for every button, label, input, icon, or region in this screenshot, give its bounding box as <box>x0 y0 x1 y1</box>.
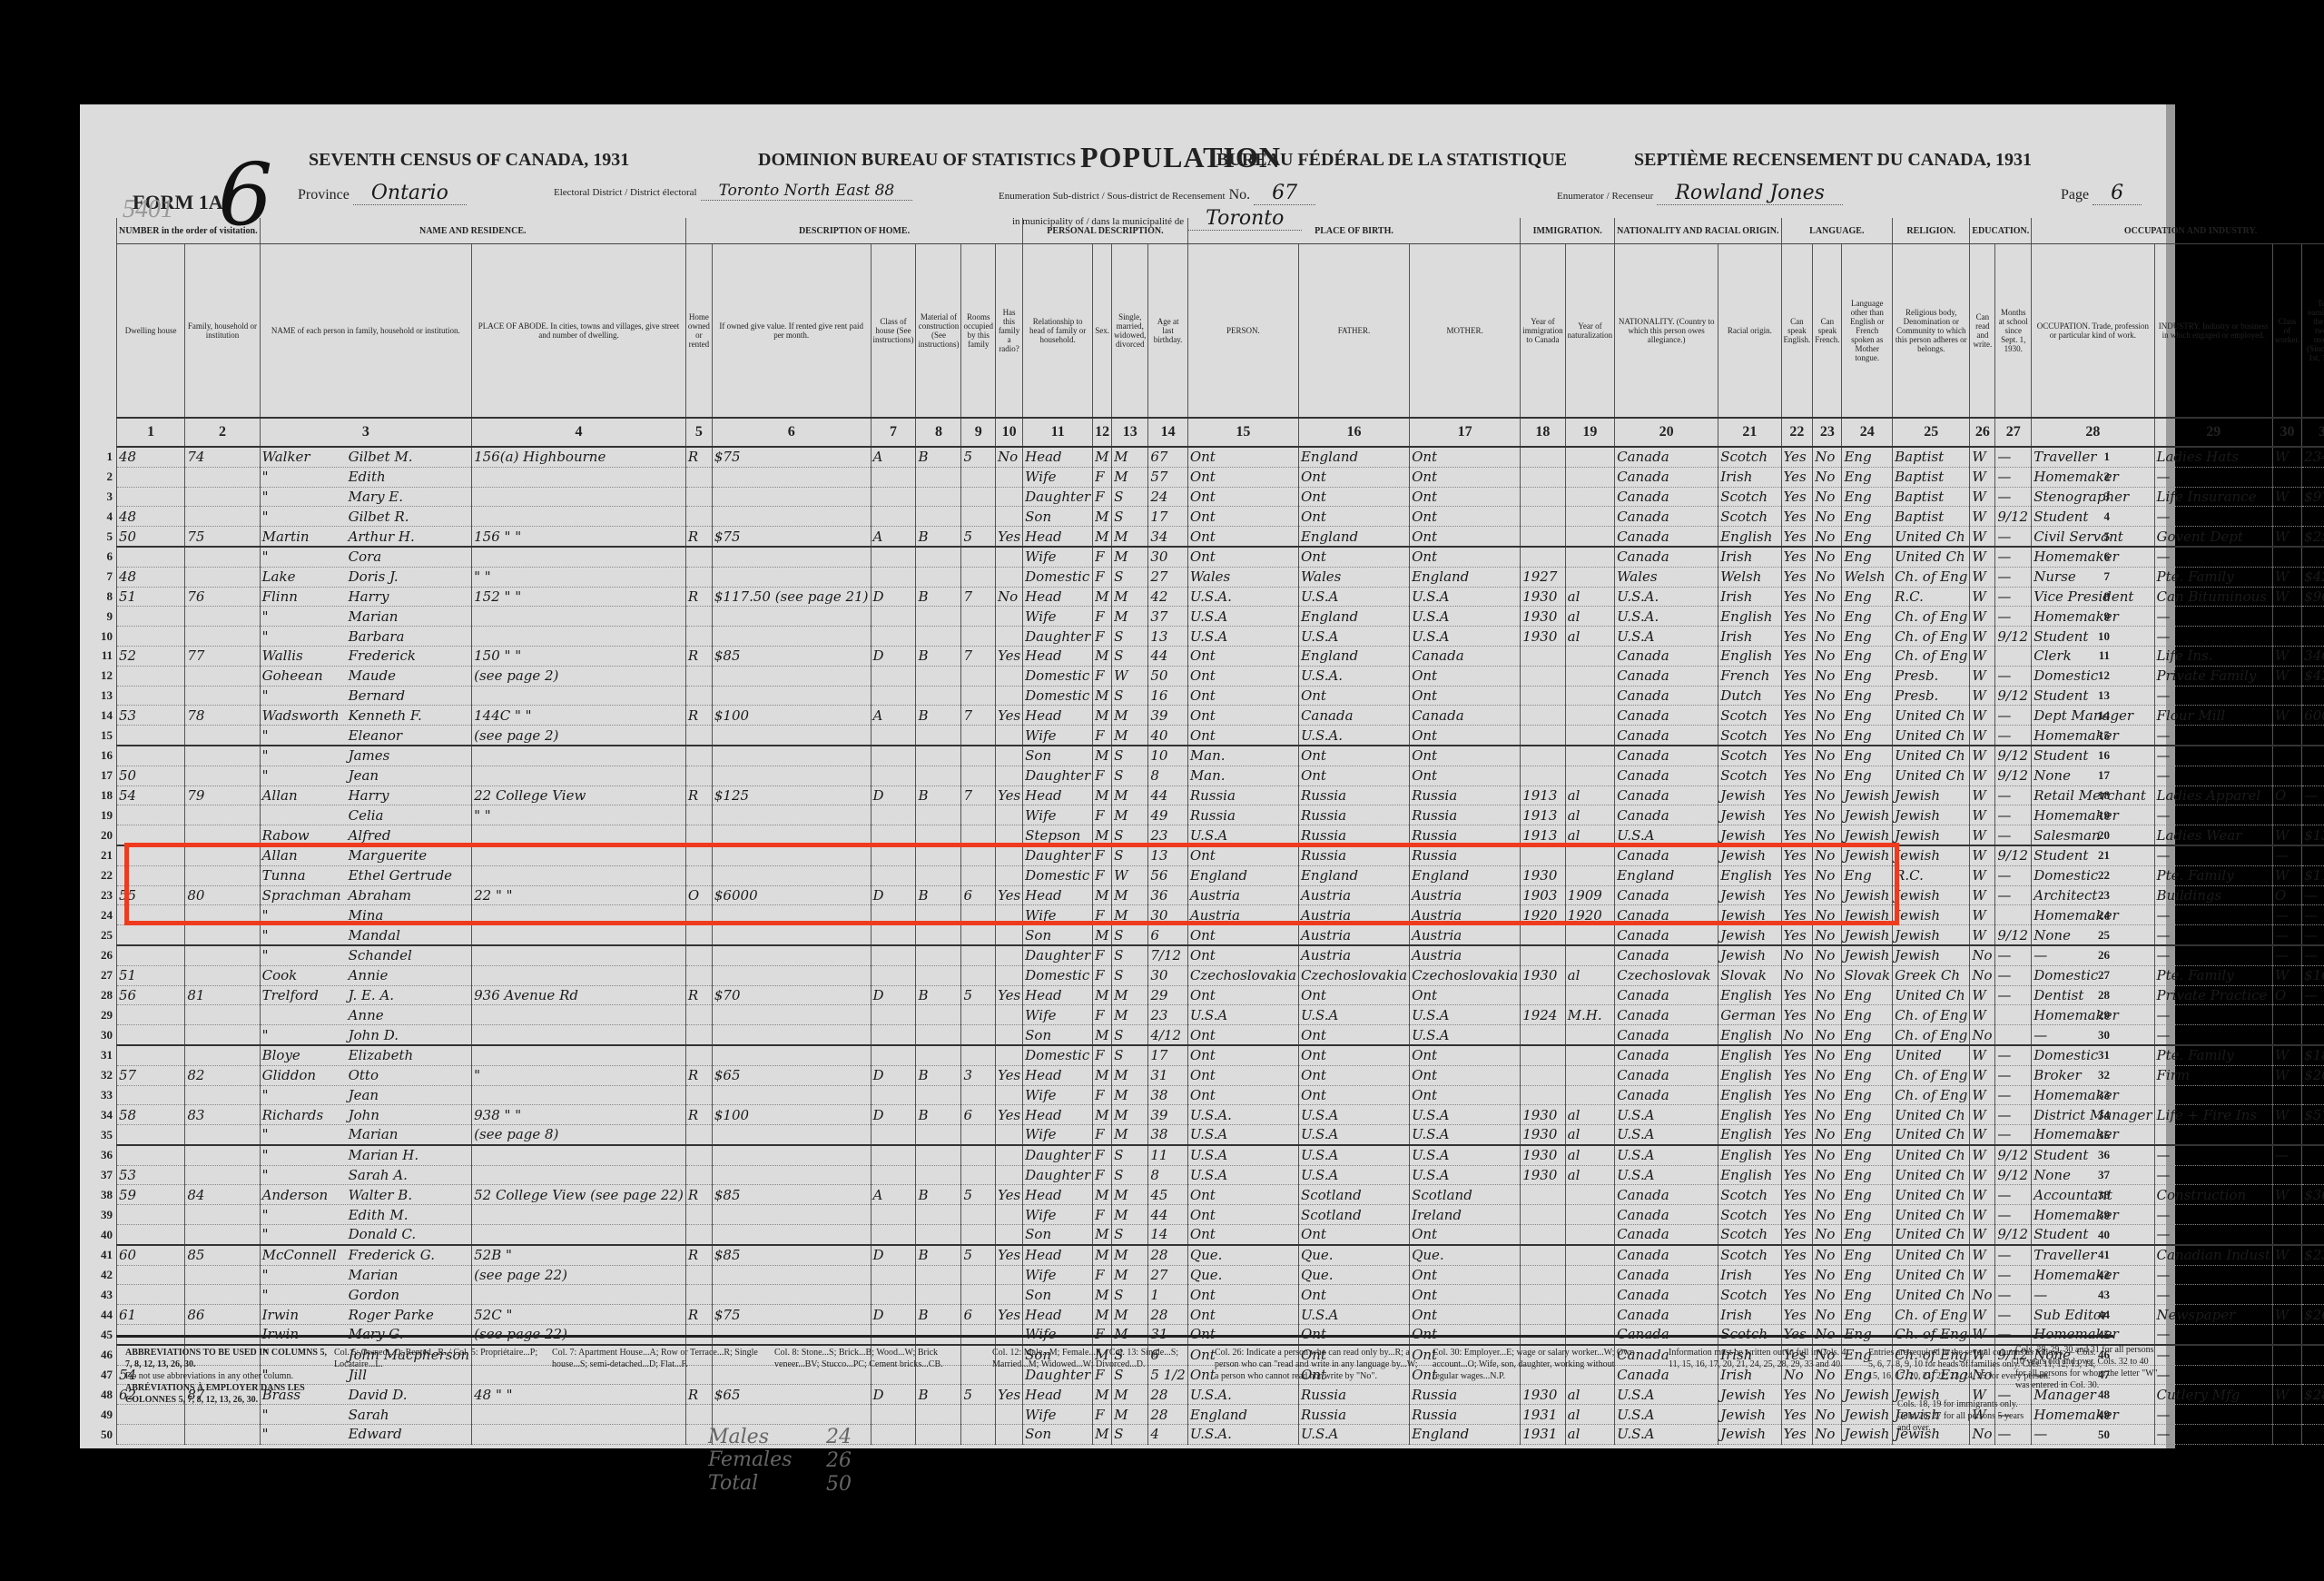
cell-own <box>685 1085 712 1105</box>
cell-ind: Life + Fire Ins <box>2154 1105 2272 1125</box>
cell-cw <box>2272 1125 2301 1145</box>
cell-age: 16 <box>1148 686 1187 706</box>
cell-bpm: Russia <box>1410 805 1521 825</box>
surname: " <box>262 947 349 963</box>
cell-read: W <box>1970 825 1995 845</box>
surname: McConnell <box>262 1247 349 1263</box>
cell-bpf: Ont <box>1298 1065 1409 1085</box>
census-row: "BarbaraDaughterFS13U.S.AU.S.AU.S.A1930a… <box>117 627 2324 647</box>
cell-nationality: Canada <box>1615 1005 1718 1025</box>
column-number: 11 <box>1023 418 1093 447</box>
cell-tongue: Eng <box>1842 746 1893 766</box>
surname: Richards <box>262 1107 349 1123</box>
cell-value <box>712 686 871 706</box>
cell-own <box>685 607 712 627</box>
cell-radio: Yes <box>995 1065 1022 1085</box>
cell-name: "Jean <box>260 1085 472 1105</box>
cell-imm <box>1521 1185 1565 1205</box>
cell-rel: Wife <box>1023 905 1093 925</box>
cell-rooms <box>961 766 995 786</box>
column-description: Material of construction (See instructio… <box>916 244 961 419</box>
census-row: 5277WallisFrederick150 " "R$85DB7YesHead… <box>117 646 2324 666</box>
cell-imm <box>1521 1245 1565 1265</box>
cell-nat_yr <box>1565 746 1614 766</box>
cell-bpm: Ont <box>1410 527 1521 547</box>
cell-age: 57 <box>1148 467 1187 487</box>
cell-nat_yr <box>1565 1085 1614 1105</box>
cell-rel: Head <box>1023 646 1093 666</box>
cell-mat: B <box>916 885 961 905</box>
column-group: IMMIGRATION. <box>1521 218 1615 244</box>
cell-school: — <box>1995 1265 2032 1285</box>
cell-read: W <box>1970 587 1995 607</box>
cell-rooms <box>961 845 995 865</box>
cell-fam <box>185 726 260 746</box>
cell-ind: Pte. Family <box>2154 965 2272 985</box>
line-number-left: 25 <box>91 928 113 943</box>
cell-imm <box>1521 1205 1565 1225</box>
cell-nationality: Canada <box>1615 1265 1718 1285</box>
cell-fam <box>185 1125 260 1145</box>
cell-ms: S <box>1112 925 1148 945</box>
title-center-en: DOMINION BUREAU OF STATISTICS <box>758 150 1076 171</box>
cell-fre: No <box>1813 726 1842 746</box>
cell-earn <box>2302 1025 2324 1045</box>
cell-own <box>685 825 712 845</box>
line-number-right: 1 <box>2088 450 2110 464</box>
surname: " <box>262 767 349 784</box>
title-center-fr: BUREAU FÉDÉRAL DE LA STATISTIQUE <box>1216 150 1567 171</box>
cell-abode <box>472 607 686 627</box>
given-name: Marguerite <box>349 847 427 864</box>
cell-cls <box>871 547 916 567</box>
cell-bpf: Austria <box>1298 885 1409 905</box>
tally-total-label: Total <box>708 1472 792 1495</box>
cell-school: — <box>1995 805 2032 825</box>
cell-ms: M <box>1112 805 1148 825</box>
cell-bp: U.S.A <box>1187 1005 1298 1025</box>
cell-religion: Baptist <box>1893 447 1970 467</box>
cell-eng: Yes <box>1781 646 1813 666</box>
census-row: 5479AllanHarry22 College ViewR$125DB7Yes… <box>117 786 2324 805</box>
cell-sex: F <box>1093 627 1112 647</box>
cell-cw: W <box>2272 825 2301 845</box>
cell-own: R <box>685 1065 712 1085</box>
cell-bpm: Ont <box>1410 1225 1521 1245</box>
cell-ms: M <box>1112 1305 1148 1325</box>
cell-bpf: Austria <box>1298 925 1409 945</box>
cell-ind: — <box>2154 467 2272 487</box>
cell-age: 34 <box>1148 527 1187 547</box>
cell-name: "Schandel <box>260 945 472 965</box>
cell-abode <box>472 686 686 706</box>
census-row: 51CookAnnieDomesticFS30CzechoslovakiaCze… <box>117 965 2324 985</box>
cell-tongue: Eng <box>1842 627 1893 647</box>
cell-ind: Pte. Family <box>2154 567 2272 587</box>
cell-read: W <box>1970 805 1995 825</box>
line-number-left: 49 <box>91 1408 113 1422</box>
cell-bp: Ont <box>1187 1225 1298 1245</box>
column-description: NAME of each person in family, household… <box>260 244 472 419</box>
line-number-left: 32 <box>91 1068 113 1082</box>
cell-rooms: 5 <box>961 1245 995 1265</box>
given-name: Frederick <box>349 647 416 664</box>
cell-earn: — <box>2302 905 2324 925</box>
cell-name: AllanHarry <box>260 786 472 805</box>
cell-imm: 1930 <box>1521 1105 1565 1125</box>
cell-school: — <box>1995 865 2032 885</box>
cell-dw <box>117 1225 185 1245</box>
cell-religion: Ch. of Eng <box>1893 567 1970 587</box>
cell-rel: Domestic <box>1023 567 1093 587</box>
cell-tongue: Eng <box>1842 467 1893 487</box>
cell-cls <box>871 766 916 786</box>
cell-earn: $420 <box>2302 567 2324 587</box>
column-description: Can speak French. <box>1813 244 1842 419</box>
cell-fam <box>185 1225 260 1245</box>
surname: " <box>262 548 349 565</box>
column-description: Dwelling house <box>117 244 185 419</box>
cell-abode <box>472 1225 686 1245</box>
cell-age: 7/12 <box>1148 945 1187 965</box>
cell-value <box>712 467 871 487</box>
cell-radio: Yes <box>995 527 1022 547</box>
cell-name: MartinArthur H. <box>260 527 472 547</box>
cell-dw: 55 <box>117 885 185 905</box>
cell-rel: Wife <box>1023 1125 1093 1145</box>
cell-cw: — <box>2272 945 2301 965</box>
cell-eng: Yes <box>1781 1305 1813 1325</box>
given-name: Marian <box>349 1126 399 1142</box>
cell-abode <box>472 1145 686 1165</box>
cell-bpf: Ont <box>1298 467 1409 487</box>
cell-nat_yr <box>1565 467 1614 487</box>
column-description: Months at school since Sept. 1, 1930. <box>1995 244 2032 419</box>
cell-name: "James <box>260 746 472 766</box>
cell-bpf: U.S.A. <box>1298 666 1409 686</box>
cell-rel: Head <box>1023 985 1093 1005</box>
cell-mat <box>916 1005 961 1025</box>
cell-cw <box>2272 1205 2301 1225</box>
cell-dw <box>117 1025 185 1045</box>
line-number-left: 23 <box>91 888 113 903</box>
cell-bp: U.S.A <box>1187 825 1298 845</box>
cell-imm <box>1521 1305 1565 1325</box>
cell-bpm: Ont <box>1410 1305 1521 1325</box>
footer-abbrev-title-fr: ABRÉVIATIONS À EMPLOYER DANS LES COLONNE… <box>125 1383 305 1405</box>
line-number-right: 22 <box>2088 868 2110 883</box>
column-description: NATIONALITY. (Country to which this pers… <box>1615 244 1718 419</box>
cell-nat_yr <box>1565 726 1614 746</box>
cell-mat <box>916 607 961 627</box>
cell-value: $75 <box>712 1305 871 1325</box>
cell-dw: 48 <box>117 567 185 587</box>
cell-ind: — <box>2154 547 2272 567</box>
cell-nat_yr <box>1565 646 1614 666</box>
cell-age: 28 <box>1148 1245 1187 1265</box>
cell-tongue: Eng <box>1842 1085 1893 1105</box>
cell-abode <box>472 487 686 507</box>
cell-bp: Ont <box>1187 666 1298 686</box>
cell-mat <box>916 1165 961 1185</box>
cell-imm <box>1521 646 1565 666</box>
cell-school: — <box>1995 587 2032 607</box>
cell-ind: — <box>2154 905 2272 925</box>
cell-dw <box>117 925 185 945</box>
tally-females: 26 <box>826 1449 852 1472</box>
cell-eng: Yes <box>1781 766 1813 786</box>
cell-radio <box>995 1165 1022 1185</box>
cell-tongue: Jewish <box>1842 885 1893 905</box>
cell-own: R <box>685 527 712 547</box>
cell-tongue: Eng <box>1842 865 1893 885</box>
cell-school: — <box>1995 726 2032 746</box>
cell-religion: United <box>1893 1045 1970 1065</box>
cell-dw <box>117 627 185 647</box>
surname: Bloye <box>262 1047 349 1063</box>
census-row: "Edith M.WifeFM44OntScotlandIrelandCanad… <box>117 1205 2324 1225</box>
cell-rooms <box>961 1225 995 1245</box>
cell-imm <box>1521 925 1565 945</box>
cell-rel: Domestic <box>1023 666 1093 686</box>
cell-bp: Ont <box>1187 1185 1298 1205</box>
cell-ms: S <box>1112 1145 1148 1165</box>
cell-nationality: Canada <box>1615 905 1718 925</box>
given-name: Mandal <box>349 927 400 944</box>
cell-bp: U.S.A <box>1187 627 1298 647</box>
line-number-right: 28 <box>2088 988 2110 1003</box>
cell-cls <box>871 1225 916 1245</box>
cell-origin: English <box>1718 1145 1781 1165</box>
cell-name: "Marian H. <box>260 1145 472 1165</box>
cell-fam <box>185 1145 260 1165</box>
cell-tongue: Eng <box>1842 1165 1893 1185</box>
line-number-right: 11 <box>2088 648 2110 663</box>
column-number: 29 <box>2154 418 2272 447</box>
cell-read: W <box>1970 507 1995 527</box>
cell-rel: Domestic <box>1023 865 1093 885</box>
cell-bpf: Ont <box>1298 1225 1409 1245</box>
cell-radio: No <box>995 447 1022 467</box>
cell-sex: M <box>1093 646 1112 666</box>
cell-religion: United Ch <box>1893 1245 1970 1265</box>
column-description: Home owned or rented <box>685 244 712 419</box>
cell-fam <box>185 686 260 706</box>
cell-own <box>685 487 712 507</box>
cell-abode <box>472 627 686 647</box>
column-number: 20 <box>1615 418 1718 447</box>
cell-tongue: Eng <box>1842 527 1893 547</box>
line-number-left: 3 <box>91 489 113 504</box>
cell-fre: No <box>1813 1065 1842 1085</box>
cell-imm: 1930 <box>1521 627 1565 647</box>
cell-nationality: Canada <box>1615 646 1718 666</box>
column-description: Religious body, Denomination or Communit… <box>1893 244 1970 419</box>
cell-fam <box>185 1285 260 1305</box>
cell-religion: United Ch <box>1893 1225 1970 1245</box>
cell-dw <box>117 1045 185 1065</box>
cell-mat <box>916 1025 961 1045</box>
cell-nat_yr <box>1565 666 1614 686</box>
footer-col30: Col. 30: Employer...E; wage or salary wo… <box>1433 1347 1641 1382</box>
line-number-left: 11 <box>91 648 113 663</box>
cell-fre: No <box>1813 865 1842 885</box>
cell-tongue: Jewish <box>1842 945 1893 965</box>
cell-bpm: U.S.A <box>1410 1005 1521 1025</box>
cell-cw <box>2272 1005 2301 1025</box>
cell-name: "Gordon <box>260 1285 472 1305</box>
cell-rel: Head <box>1023 1185 1093 1205</box>
cell-value: $6000 <box>712 885 871 905</box>
cell-value: $85 <box>712 1185 871 1205</box>
cell-abode <box>472 1005 686 1025</box>
line-number-left: 29 <box>91 1008 113 1023</box>
cell-name: AllanMarguerite <box>260 845 472 865</box>
cell-own: O <box>685 885 712 905</box>
cell-school: — <box>1995 985 2032 1005</box>
cell-own <box>685 766 712 786</box>
cell-bpf: Ont <box>1298 1045 1409 1065</box>
column-description: MOTHER. <box>1410 244 1521 419</box>
cell-sex: F <box>1093 1125 1112 1145</box>
cell-bp: Man. <box>1187 766 1298 786</box>
cell-cw: — <box>2272 905 2301 925</box>
cell-rooms <box>961 1285 995 1305</box>
cell-earn: $100 <box>2302 965 2324 985</box>
cell-cw <box>2272 1425 2301 1445</box>
cell-bpf: England <box>1298 607 1409 627</box>
cell-value: $75 <box>712 527 871 547</box>
cell-rooms <box>961 1205 995 1225</box>
given-name: James <box>349 747 390 764</box>
cell-nat_yr <box>1565 527 1614 547</box>
cell-nat_yr <box>1565 1285 1614 1305</box>
cell-bpf: Russia <box>1298 786 1409 805</box>
cell-religion: Jewish <box>1893 925 1970 945</box>
cell-eng: Yes <box>1781 805 1813 825</box>
cell-nationality: Canada <box>1615 766 1718 786</box>
cell-earn: $975 <box>2302 487 2324 507</box>
cell-ms: S <box>1112 487 1148 507</box>
cell-bp: Russia <box>1187 805 1298 825</box>
cell-eng: No <box>1781 945 1813 965</box>
column-group: PLACE OF BIRTH. <box>1187 218 1520 244</box>
cell-sex: F <box>1093 726 1112 746</box>
cell-origin: Welsh <box>1718 567 1781 587</box>
cell-radio <box>995 1285 1022 1305</box>
cell-cw: W <box>2272 567 2301 587</box>
cell-earn: $3600 <box>2302 1185 2324 1205</box>
cell-cw <box>2272 467 2301 487</box>
cell-rel: Wife <box>1023 547 1093 567</box>
cell-radio <box>995 965 1022 985</box>
cell-value <box>712 845 871 865</box>
cell-radio <box>995 945 1022 965</box>
cell-earn <box>2302 1205 2324 1225</box>
footer-earnings: Cols. 28, 29, 30 and 31 for all persons … <box>2015 1344 2161 1391</box>
cell-school: 9/12 <box>1995 1165 2032 1185</box>
census-row: "CoraWifeFM30OntOntOntCanadaIrishYesNoEn… <box>117 547 2324 567</box>
cell-cw <box>2272 746 2301 766</box>
cell-imm: 1930 <box>1521 865 1565 885</box>
cell-name: "Edith M. <box>260 1205 472 1225</box>
cell-own: R <box>685 786 712 805</box>
cell-own <box>685 1005 712 1025</box>
cell-bpf: Czechoslovakia <box>1298 965 1409 985</box>
cell-ms: M <box>1112 467 1148 487</box>
cell-mat <box>916 746 961 766</box>
cell-bp: Que. <box>1187 1245 1298 1265</box>
cell-sex: M <box>1093 587 1112 607</box>
cell-own <box>685 627 712 647</box>
cell-fam <box>185 1205 260 1225</box>
cell-ind: Ladies Hats <box>2154 447 2272 467</box>
cell-nationality: Canada <box>1615 985 1718 1005</box>
column-number: 28 <box>2032 418 2154 447</box>
given-name: Marian H. <box>349 1147 419 1163</box>
cell-own <box>685 805 712 825</box>
cell-fam: 83 <box>185 1105 260 1125</box>
cell-rel: Daughter <box>1023 766 1093 786</box>
cell-read: W <box>1970 925 1995 945</box>
cell-sex: F <box>1093 845 1112 865</box>
cell-rooms <box>961 467 995 487</box>
cell-tongue: Eng <box>1842 726 1893 746</box>
cell-earn <box>2302 686 2324 706</box>
cell-school: 9/12 <box>1995 507 2032 527</box>
cell-fam <box>185 865 260 885</box>
line-number-left: 43 <box>91 1288 113 1302</box>
cell-sex: F <box>1093 1165 1112 1185</box>
cell-imm <box>1521 766 1565 786</box>
cell-nationality: Canada <box>1615 1305 1718 1325</box>
line-number-right: 39 <box>2088 1208 2110 1222</box>
cell-eng: No <box>1781 1025 1813 1045</box>
cell-bp: Ont <box>1187 845 1298 865</box>
cell-mat: B <box>916 1105 961 1125</box>
cell-radio <box>995 1045 1022 1065</box>
cell-bpf: Ont <box>1298 1285 1409 1305</box>
cell-eng: Yes <box>1781 825 1813 845</box>
cell-eng: Yes <box>1781 1065 1813 1085</box>
electoral-district-label: Electoral District / District électoral <box>554 187 697 198</box>
cell-dw: 51 <box>117 965 185 985</box>
cell-mat <box>916 507 961 527</box>
cell-religion: Jewish <box>1893 786 1970 805</box>
cell-bpf: Ont <box>1298 746 1409 766</box>
cell-bpm: Ont <box>1410 467 1521 487</box>
cell-imm <box>1521 467 1565 487</box>
column-number: 16 <box>1298 418 1409 447</box>
cell-bpf: England <box>1298 865 1409 885</box>
cell-earn: — <box>2302 786 2324 805</box>
cell-fam <box>185 1005 260 1025</box>
cell-origin: Irish <box>1718 627 1781 647</box>
cell-abode <box>472 1205 686 1225</box>
cell-fam: 79 <box>185 786 260 805</box>
cell-own <box>685 845 712 865</box>
cell-mat <box>916 805 961 825</box>
cell-school: — <box>1995 607 2032 627</box>
cell-origin: Dutch <box>1718 686 1781 706</box>
census-row: AnneWifeFM23U.S.AU.S.AU.S.A1924M.H.Canad… <box>117 1005 2324 1025</box>
cell-imm <box>1521 1225 1565 1245</box>
cell-religion: Jewish <box>1893 805 1970 825</box>
cell-rel: Wife <box>1023 607 1093 627</box>
cell-nationality: Canada <box>1615 686 1718 706</box>
cell-own <box>685 945 712 965</box>
census-row: "Marian(see page 22)WifeFM27Que.Que.OntC… <box>117 1265 2324 1285</box>
